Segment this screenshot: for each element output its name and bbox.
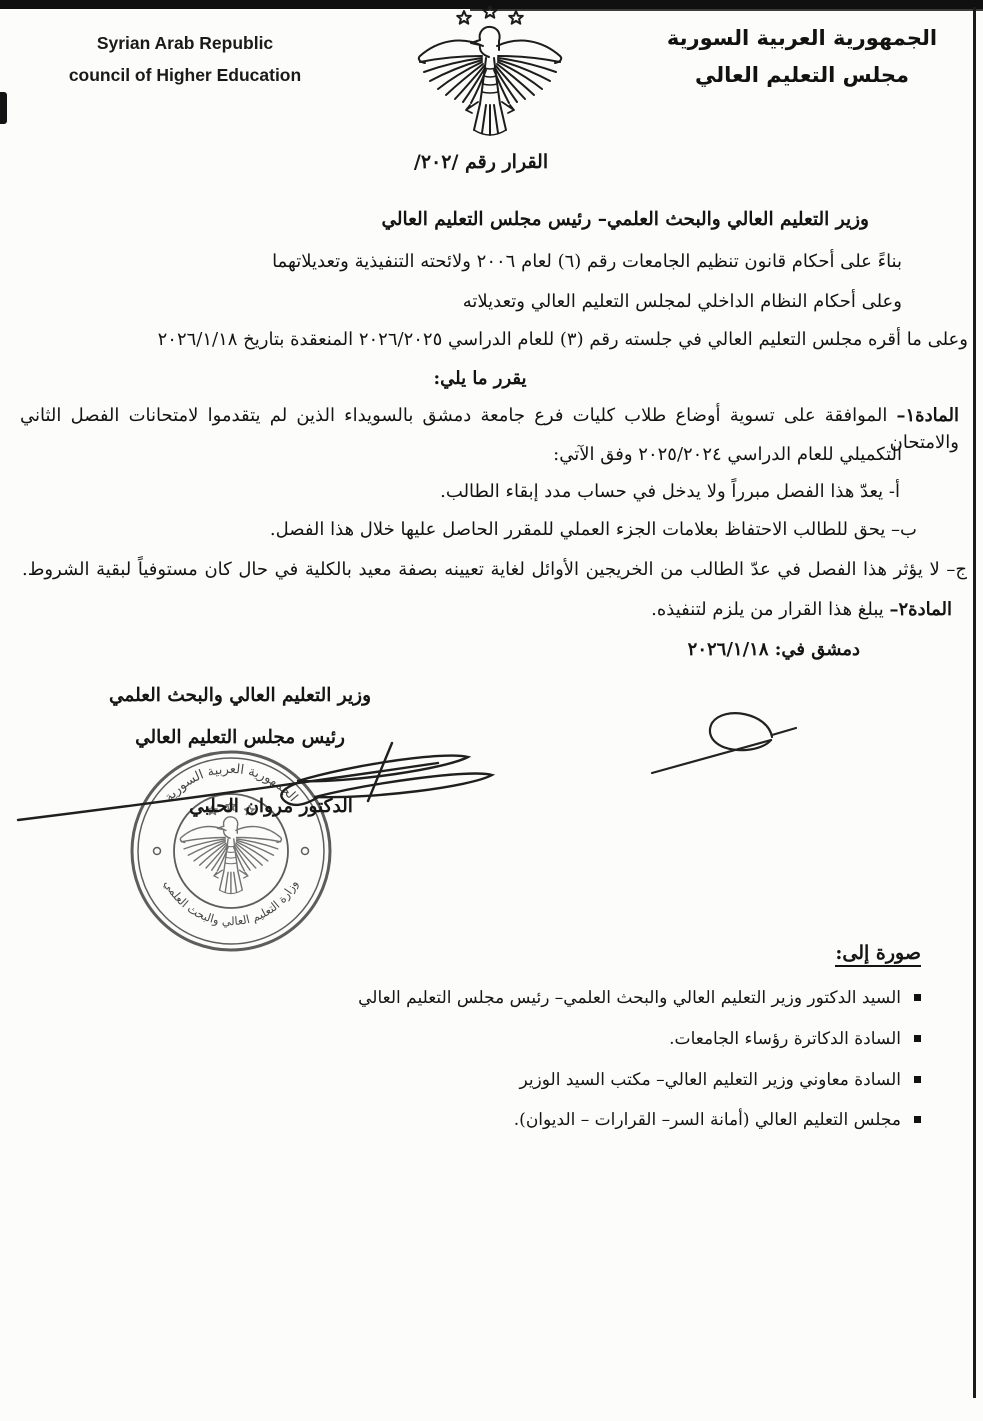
copies-to-item: مجلس التعليم العالي (أمانة السر– القرارا… bbox=[514, 1108, 921, 1133]
handwritten-signature bbox=[0, 735, 520, 855]
scanned-decree-page: Syrian Arab Republic council of Higher E… bbox=[0, 0, 983, 1421]
article-1-item-c: ج– لا يؤثر هذا الفصل في عدّ الطالب من ال… bbox=[22, 556, 967, 583]
decree-number-line: القرار رقم /٢٠٢/ bbox=[371, 151, 591, 173]
article-1-line-2: التكميلي للعام الدراسي ٢٠٢٥/٢٠٢٤ وفق الآ… bbox=[553, 441, 902, 468]
article-1-item-b: ب– يحق للطالب الاحتفاظ بعلامات الجزء الع… bbox=[270, 516, 917, 543]
article-2-label: المادة٢– bbox=[890, 599, 953, 620]
preamble-line-2: وعلى أحكام النظام الداخلي لمجلس التعليم … bbox=[463, 288, 902, 315]
three-stars-icon bbox=[457, 6, 523, 24]
copies-to-item-text: السيد الدكتور وزير التعليم العالي والبحث… bbox=[358, 986, 901, 1011]
handwritten-initial-mark bbox=[630, 695, 810, 785]
square-bullet-icon bbox=[914, 994, 921, 1001]
article-2-text: يبلغ هذا القرار من يلزم لتنفيذه. bbox=[651, 599, 884, 620]
syrian-eagle-emblem-icon bbox=[400, 6, 580, 146]
arabic-letterhead-line2: مجلس التعليم العالي bbox=[652, 57, 952, 94]
square-bullet-icon bbox=[914, 1076, 921, 1083]
scan-left-edge-mark bbox=[0, 92, 7, 124]
authority-line: وزير التعليم العالي والبحث العلمي– رئيس … bbox=[381, 206, 869, 233]
arabic-letterhead-line1: الجمهورية العربية السورية bbox=[652, 20, 952, 57]
eagle-body bbox=[466, 58, 514, 135]
arabic-letterhead: الجمهورية العربية السورية مجلس التعليم ا… bbox=[652, 20, 952, 94]
signatory-title-line1: وزير التعليم العالي والبحث العلمي bbox=[60, 685, 420, 706]
copies-to-item: السادة الدكاترة رؤساء الجامعات. bbox=[669, 1027, 921, 1052]
preamble-line-3: وعلى ما أقره مجلس التعليم العالي في جلست… bbox=[20, 326, 968, 353]
article-1-label: المادة١– bbox=[897, 405, 960, 426]
decides-line: يقرر ما يلي: bbox=[0, 365, 960, 392]
article-2-line: المادة٢– يبلغ هذا القرار من يلزم لتنفيذه… bbox=[651, 596, 952, 623]
copies-to-item-text: السادة معاوني وزير التعليم العالي– مكتب … bbox=[519, 1068, 901, 1093]
copies-to-item-text: السادة الدكاترة رؤساء الجامعات. bbox=[669, 1027, 901, 1052]
english-letterhead: Syrian Arab Republic council of Higher E… bbox=[35, 27, 335, 91]
copies-to-item-text: مجلس التعليم العالي (أمانة السر– القرارا… bbox=[514, 1108, 901, 1133]
date-line: دمشق في: ٢٠٢٦/١/١٨ bbox=[688, 636, 860, 663]
square-bullet-icon bbox=[914, 1116, 921, 1123]
copies-to-item: السيد الدكتور وزير التعليم العالي والبحث… bbox=[358, 986, 921, 1011]
copies-to-heading: صورة إلى: bbox=[835, 942, 921, 967]
article-1-item-a: أ- يعدّ هذا الفصل مبرراً ولا يدخل في حسا… bbox=[440, 478, 900, 505]
scan-right-edge-line bbox=[973, 7, 976, 1398]
copies-to-item: السادة معاوني وزير التعليم العالي– مكتب … bbox=[519, 1068, 921, 1093]
square-bullet-icon bbox=[914, 1035, 921, 1042]
english-letterhead-line2: council of Higher Education bbox=[35, 59, 335, 91]
preamble-line-1: بناءً على أحكام قانون تنظيم الجامعات رقم… bbox=[272, 248, 902, 275]
english-letterhead-line1: Syrian Arab Republic bbox=[35, 27, 335, 59]
